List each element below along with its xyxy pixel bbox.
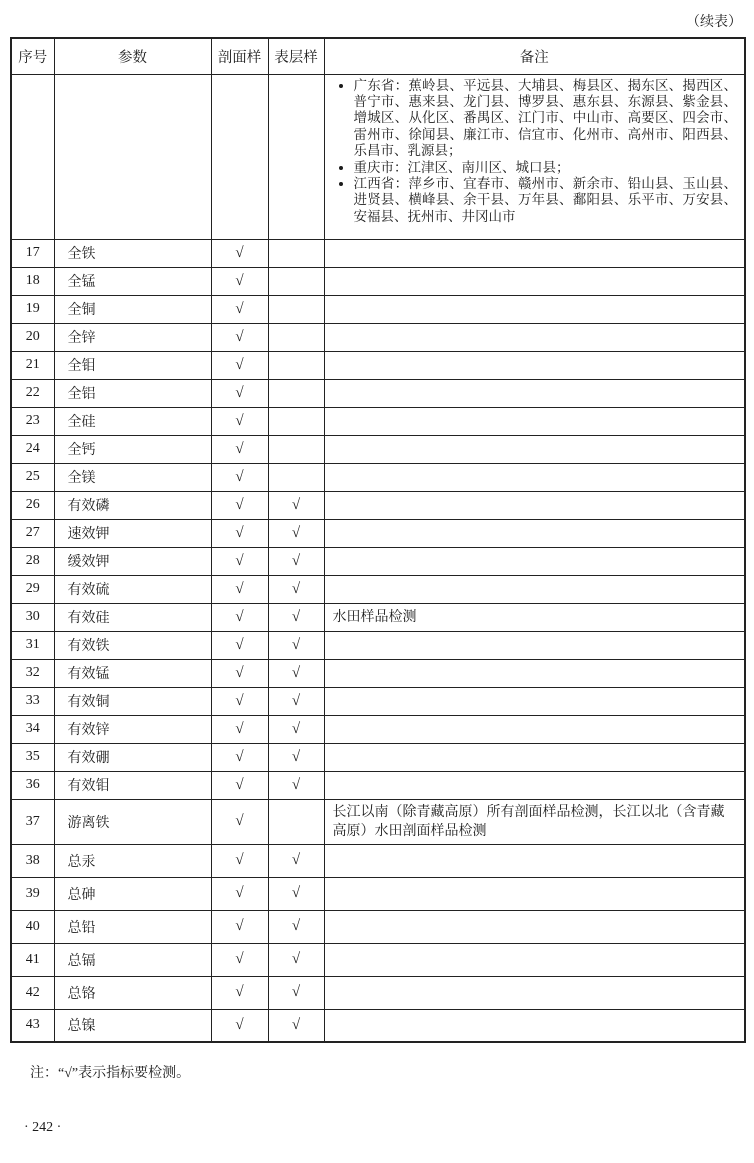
cell-remark <box>324 295 745 323</box>
cell-remark <box>324 379 745 407</box>
cell-remark: 水田样品检测 <box>324 603 745 631</box>
cell-remark <box>324 463 745 491</box>
cell-profile-sample: √ <box>211 799 268 844</box>
table-row: 26有效磷√√ <box>11 491 745 519</box>
cell-parameter: 总砷 <box>54 877 211 910</box>
cell-no: 18 <box>11 267 54 295</box>
cell-surface-sample <box>268 351 324 379</box>
table-row: 29有效硫√√ <box>11 575 745 603</box>
table-row: 38总汞√√ <box>11 844 745 877</box>
cell-surface-sample <box>268 435 324 463</box>
cell-profile-sample: √ <box>211 463 268 491</box>
cell-no: 24 <box>11 435 54 463</box>
table-row: 41总镉√√ <box>11 943 745 976</box>
cell-parameter: 总铬 <box>54 976 211 1009</box>
cell-parameter: 有效磷 <box>54 491 211 519</box>
cell-surface-sample: √ <box>268 1009 324 1042</box>
cell-profile-sample: √ <box>211 575 268 603</box>
table-row: 35有效硼√√ <box>11 743 745 771</box>
continuation-row: 广东省：蕉岭县、平远县、大埔县、梅县区、揭东区、揭西区、普宁市、惠来县、龙门县、… <box>11 74 745 239</box>
cell-remark <box>324 631 745 659</box>
document-page: （续表） 序号 参数 剖面样 表层样 备注 <box>0 0 754 1163</box>
table-header-row: 序号 参数 剖面样 表层样 备注 <box>11 38 745 74</box>
cell-remark <box>324 267 745 295</box>
cell-parameter: 有效铜 <box>54 687 211 715</box>
table-row: 40总铅√√ <box>11 910 745 943</box>
cell-no: 28 <box>11 547 54 575</box>
table-row: 36有效钼√√ <box>11 771 745 799</box>
table-row: 30有效硅√√水田样品检测 <box>11 603 745 631</box>
cell-parameter: 总汞 <box>54 844 211 877</box>
cell-profile-sample: √ <box>211 239 268 267</box>
cell-remark <box>324 239 745 267</box>
cell-surface-sample <box>268 267 324 295</box>
cell-profile-sample: √ <box>211 844 268 877</box>
cell-parameter: 全铝 <box>54 379 211 407</box>
cell-no: 37 <box>11 799 54 844</box>
cell-surface-sample <box>268 239 324 267</box>
cell-surface-sample: √ <box>268 910 324 943</box>
cell-remark <box>324 844 745 877</box>
header-no: 序号 <box>11 38 54 74</box>
cell-no: 33 <box>11 687 54 715</box>
cell-profile-sample: √ <box>211 1009 268 1042</box>
cell-profile-sample <box>211 74 268 239</box>
cell-profile-sample: √ <box>211 771 268 799</box>
cell-no: 38 <box>11 844 54 877</box>
cell-surface-sample: √ <box>268 877 324 910</box>
cell-no: 29 <box>11 575 54 603</box>
cell-parameter: 有效硅 <box>54 603 211 631</box>
table-row: 33有效铜√√ <box>11 687 745 715</box>
cell-remark <box>324 877 745 910</box>
table-row: 21全钼√ <box>11 351 745 379</box>
list-item-guangdong: 广东省：蕉岭县、平远县、大埔县、梅县区、揭东区、揭西区、普宁市、惠来县、龙门县、… <box>354 78 738 160</box>
list-item-chongqing: 重庆市：江津区、南川区、城口县； <box>354 160 738 176</box>
cell-no: 19 <box>11 295 54 323</box>
cell-parameter: 缓效钾 <box>54 547 211 575</box>
table-row: 23全硅√ <box>11 407 745 435</box>
cell-no: 20 <box>11 323 54 351</box>
cell-no: 39 <box>11 877 54 910</box>
cell-surface-sample <box>268 74 324 239</box>
cell-parameter: 总铅 <box>54 910 211 943</box>
cell-parameter: 全镁 <box>54 463 211 491</box>
cell-parameter: 全钙 <box>54 435 211 463</box>
cell-profile-sample: √ <box>211 547 268 575</box>
cell-surface-sample: √ <box>268 519 324 547</box>
cell-parameter: 总镉 <box>54 943 211 976</box>
cell-parameter: 全锰 <box>54 267 211 295</box>
cell-remark <box>324 547 745 575</box>
cell-surface-sample <box>268 295 324 323</box>
cell-surface-sample <box>268 463 324 491</box>
province-bullet-list: 广东省：蕉岭县、平远县、大埔县、梅县区、揭东区、揭西区、普宁市、惠来县、龙门县、… <box>333 78 738 226</box>
table-footnote: 注：“√”表示指标要检测。 <box>30 1062 190 1082</box>
cell-remark <box>324 407 745 435</box>
cell-profile-sample: √ <box>211 687 268 715</box>
cell-parameter: 有效锰 <box>54 659 211 687</box>
cell-surface-sample <box>268 379 324 407</box>
cell-parameter: 游离铁 <box>54 799 211 844</box>
table-row: 39总砷√√ <box>11 877 745 910</box>
cell-parameter: 有效硼 <box>54 743 211 771</box>
cell-no: 27 <box>11 519 54 547</box>
table-row: 22全铝√ <box>11 379 745 407</box>
cell-surface-sample <box>268 323 324 351</box>
cell-surface-sample: √ <box>268 659 324 687</box>
cell-profile-sample: √ <box>211 603 268 631</box>
cell-no: 23 <box>11 407 54 435</box>
cell-surface-sample: √ <box>268 575 324 603</box>
cell-remark <box>324 519 745 547</box>
cell-no <box>11 74 54 239</box>
cell-remark <box>324 943 745 976</box>
table-row: 18全锰√ <box>11 267 745 295</box>
cell-profile-sample: √ <box>211 435 268 463</box>
cell-remark: 长江以南（除青藏高原）所有剖面样品检测，长江以北（含青藏高原）水田剖面样品检测 <box>324 799 745 844</box>
cell-profile-sample: √ <box>211 976 268 1009</box>
cell-remark <box>324 491 745 519</box>
cell-parameter: 有效锌 <box>54 715 211 743</box>
cell-surface-sample: √ <box>268 603 324 631</box>
cell-profile-sample: √ <box>211 743 268 771</box>
table-row: 31有效铁√√ <box>11 631 745 659</box>
header-parameter: 参数 <box>54 38 211 74</box>
cell-profile-sample: √ <box>211 323 268 351</box>
cell-no: 34 <box>11 715 54 743</box>
page-number: · 242 · <box>24 1120 61 1136</box>
cell-remark <box>324 351 745 379</box>
cell-parameter: 全铁 <box>54 239 211 267</box>
table-row: 37游离铁√长江以南（除青藏高原）所有剖面样品检测，长江以北（含青藏高原）水田剖… <box>11 799 745 844</box>
cell-surface-sample <box>268 799 324 844</box>
cell-no: 32 <box>11 659 54 687</box>
cell-surface-sample: √ <box>268 771 324 799</box>
cell-no: 36 <box>11 771 54 799</box>
cell-remark <box>324 743 745 771</box>
cell-no: 22 <box>11 379 54 407</box>
table-row: 20全锌√ <box>11 323 745 351</box>
cell-remark <box>324 575 745 603</box>
cell-parameter: 全硅 <box>54 407 211 435</box>
cell-surface-sample: √ <box>268 631 324 659</box>
cell-profile-sample: √ <box>211 519 268 547</box>
cell-profile-sample: √ <box>211 351 268 379</box>
cell-profile-sample: √ <box>211 407 268 435</box>
cell-profile-sample: √ <box>211 631 268 659</box>
table-row: 32有效锰√√ <box>11 659 745 687</box>
cell-no: 30 <box>11 603 54 631</box>
cell-surface-sample: √ <box>268 844 324 877</box>
cell-surface-sample: √ <box>268 687 324 715</box>
cell-remark <box>324 687 745 715</box>
cell-no: 40 <box>11 910 54 943</box>
cell-no: 31 <box>11 631 54 659</box>
cell-surface-sample <box>268 407 324 435</box>
table-row: 24全钙√ <box>11 435 745 463</box>
cell-no: 25 <box>11 463 54 491</box>
table-row: 42总铬√√ <box>11 976 745 1009</box>
cell-surface-sample: √ <box>268 976 324 1009</box>
cell-parameter: 全锌 <box>54 323 211 351</box>
cell-surface-sample: √ <box>268 743 324 771</box>
cell-profile-sample: √ <box>211 295 268 323</box>
table-row: 19全铜√ <box>11 295 745 323</box>
cell-no: 43 <box>11 1009 54 1042</box>
cell-profile-sample: √ <box>211 659 268 687</box>
cell-profile-sample: √ <box>211 267 268 295</box>
cell-surface-sample: √ <box>268 715 324 743</box>
cell-parameter: 有效钼 <box>54 771 211 799</box>
cell-surface-sample: √ <box>268 943 324 976</box>
cell-parameter: 有效铁 <box>54 631 211 659</box>
header-remark: 备注 <box>324 38 745 74</box>
cell-remark <box>324 323 745 351</box>
cell-no: 42 <box>11 976 54 1009</box>
cell-remark <box>324 976 745 1009</box>
table-row: 27速效钾√√ <box>11 519 745 547</box>
parameters-table: 序号 参数 剖面样 表层样 备注 广东省：蕉岭县、平远县、大埔县、梅县区、揭东区… <box>10 37 746 1043</box>
cell-remark <box>324 715 745 743</box>
cell-parameter: 有效硫 <box>54 575 211 603</box>
cell-profile-sample: √ <box>211 943 268 976</box>
table-row: 17全铁√ <box>11 239 745 267</box>
cell-remark <box>324 771 745 799</box>
cell-surface-sample: √ <box>268 491 324 519</box>
table-row: 25全镁√ <box>11 463 745 491</box>
continued-table-label: （续表） <box>686 11 742 31</box>
cell-profile-sample: √ <box>211 379 268 407</box>
cell-profile-sample: √ <box>211 910 268 943</box>
cell-profile-sample: √ <box>211 491 268 519</box>
cell-parameter: 全钼 <box>54 351 211 379</box>
cell-parameter: 速效钾 <box>54 519 211 547</box>
table-row: 28缓效钾√√ <box>11 547 745 575</box>
cell-remark <box>324 1009 745 1042</box>
cell-parameter: 总镍 <box>54 1009 211 1042</box>
cell-remark <box>324 910 745 943</box>
cell-remark <box>324 435 745 463</box>
cell-no: 41 <box>11 943 54 976</box>
cell-surface-sample: √ <box>268 547 324 575</box>
cell-no: 17 <box>11 239 54 267</box>
header-profile-sample: 剖面样 <box>211 38 268 74</box>
table-row: 34有效锌√√ <box>11 715 745 743</box>
cell-no: 21 <box>11 351 54 379</box>
cell-no: 26 <box>11 491 54 519</box>
header-surface-sample: 表层样 <box>268 38 324 74</box>
cell-profile-sample: √ <box>211 877 268 910</box>
cell-remark <box>324 659 745 687</box>
table-row: 43总镍√√ <box>11 1009 745 1042</box>
list-item-jiangxi: 江西省：萍乡市、宜春市、赣州市、新余市、铅山县、玉山县、进贤县、横峰县、余干县、… <box>354 176 738 225</box>
cell-remark: 广东省：蕉岭县、平远县、大埔县、梅县区、揭东区、揭西区、普宁市、惠来县、龙门县、… <box>324 74 745 239</box>
cell-profile-sample: √ <box>211 715 268 743</box>
cell-parameter: 全铜 <box>54 295 211 323</box>
cell-parameter <box>54 74 211 239</box>
cell-no: 35 <box>11 743 54 771</box>
